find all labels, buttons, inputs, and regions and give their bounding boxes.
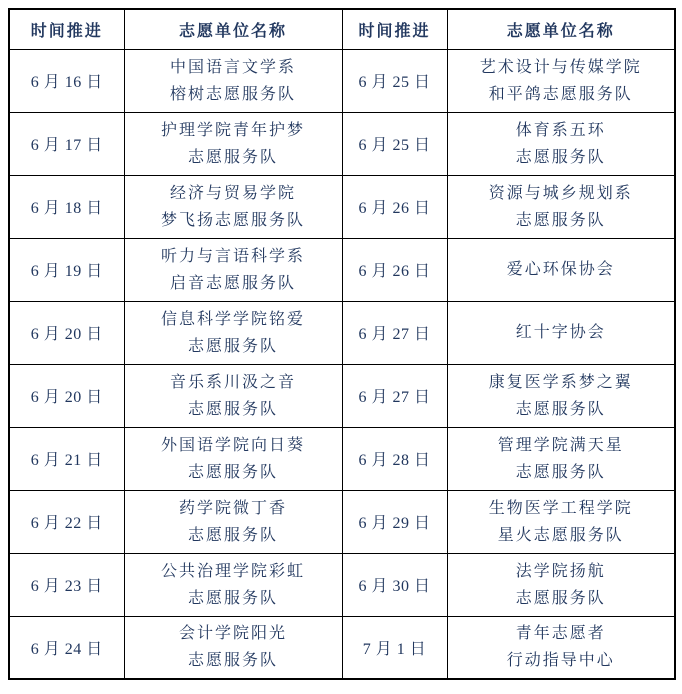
unit-name-cell: 公共治理学院彩虹志愿服务队 — [124, 553, 342, 616]
unit-name-line: 志愿服务队 — [125, 396, 342, 423]
unit-name-cell: 听力与言语科学系启音志愿服务队 — [124, 238, 342, 301]
date-cell: 6 月 25 日 — [342, 49, 447, 112]
unit-name-line: 中国语言文学系 — [125, 54, 342, 81]
unit-name-line: 和平鸽志愿服务队 — [448, 81, 675, 108]
table-row: 6 月 20 日信息科学学院铭爱志愿服务队6 月 27 日红十字协会 — [9, 301, 675, 364]
date-cell: 6 月 20 日 — [9, 364, 124, 427]
date-cell: 6 月 30 日 — [342, 553, 447, 616]
table-body: 6 月 16 日中国语言文学系榕树志愿服务队6 月 25 日艺术设计与传媒学院和… — [9, 49, 675, 679]
unit-name-line: 药学院微丁香 — [125, 495, 342, 522]
unit-name-line: 志愿服务队 — [448, 207, 675, 234]
document-page: 时间推进 志愿单位名称 时间推进 志愿单位名称 6 月 16 日中国语言文学系榕… — [0, 0, 682, 694]
table-row: 6 月 16 日中国语言文学系榕树志愿服务队6 月 25 日艺术设计与传媒学院和… — [9, 49, 675, 112]
table-row: 6 月 19 日听力与言语科学系启音志愿服务队6 月 26 日爱心环保协会 — [9, 238, 675, 301]
unit-name-line: 音乐系川汲之音 — [125, 369, 342, 396]
unit-name-cell: 爱心环保协会 — [447, 238, 675, 301]
unit-name-cell: 体育系五环志愿服务队 — [447, 112, 675, 175]
unit-name-line: 志愿服务队 — [125, 459, 342, 486]
date-cell: 6 月 19 日 — [9, 238, 124, 301]
unit-name-line: 红十字协会 — [448, 319, 675, 346]
date-cell: 6 月 21 日 — [9, 427, 124, 490]
unit-name-line: 护理学院青年护梦 — [125, 117, 342, 144]
unit-name-line: 体育系五环 — [448, 117, 675, 144]
unit-name-line: 管理学院满天星 — [448, 432, 675, 459]
date-cell: 6 月 23 日 — [9, 553, 124, 616]
unit-name-cell: 中国语言文学系榕树志愿服务队 — [124, 49, 342, 112]
unit-name-line: 听力与言语科学系 — [125, 243, 342, 270]
unit-name-cell: 青年志愿者行动指导中心 — [447, 616, 675, 679]
table-row: 6 月 20 日音乐系川汲之音志愿服务队6 月 27 日康复医学系梦之翼志愿服务… — [9, 364, 675, 427]
unit-name-line: 志愿服务队 — [448, 396, 675, 423]
unit-name-cell: 音乐系川汲之音志愿服务队 — [124, 364, 342, 427]
date-cell: 6 月 25 日 — [342, 112, 447, 175]
unit-name-line: 外国语学院向日葵 — [125, 432, 342, 459]
unit-name-line: 信息科学学院铭爱 — [125, 306, 342, 333]
unit-name-line: 志愿服务队 — [448, 459, 675, 486]
unit-name-line: 志愿服务队 — [125, 333, 342, 360]
unit-name-line: 志愿服务队 — [125, 585, 342, 612]
unit-name-cell: 外国语学院向日葵志愿服务队 — [124, 427, 342, 490]
unit-name-cell: 法学院扬航志愿服务队 — [447, 553, 675, 616]
unit-name-line: 法学院扬航 — [448, 558, 675, 585]
unit-name-line: 康复医学系梦之翼 — [448, 369, 675, 396]
table-row: 6 月 18 日经济与贸易学院梦飞扬志愿服务队6 月 26 日资源与城乡规划系志… — [9, 175, 675, 238]
unit-name-line: 经济与贸易学院 — [125, 180, 342, 207]
header-unit-name-right: 志愿单位名称 — [447, 9, 675, 49]
header-unit-name-left: 志愿单位名称 — [124, 9, 342, 49]
date-cell: 6 月 24 日 — [9, 616, 124, 679]
unit-name-line: 启音志愿服务队 — [125, 270, 342, 297]
unit-name-line: 榕树志愿服务队 — [125, 81, 342, 108]
unit-name-cell: 艺术设计与传媒学院和平鸽志愿服务队 — [447, 49, 675, 112]
table-header: 时间推进 志愿单位名称 时间推进 志愿单位名称 — [9, 9, 675, 49]
table-row: 6 月 22 日药学院微丁香志愿服务队6 月 29 日生物医学工程学院星火志愿服… — [9, 490, 675, 553]
date-cell: 6 月 28 日 — [342, 427, 447, 490]
unit-name-line: 会计学院阳光 — [125, 620, 342, 647]
date-cell: 6 月 16 日 — [9, 49, 124, 112]
date-cell: 6 月 22 日 — [9, 490, 124, 553]
table-row: 6 月 23 日公共治理学院彩虹志愿服务队6 月 30 日法学院扬航志愿服务队 — [9, 553, 675, 616]
date-cell: 6 月 27 日 — [342, 364, 447, 427]
volunteer-schedule-table: 时间推进 志愿单位名称 时间推进 志愿单位名称 6 月 16 日中国语言文学系榕… — [8, 8, 676, 680]
unit-name-cell: 管理学院满天星志愿服务队 — [447, 427, 675, 490]
unit-name-cell: 会计学院阳光志愿服务队 — [124, 616, 342, 679]
unit-name-line: 资源与城乡规划系 — [448, 180, 675, 207]
unit-name-line: 爱心环保协会 — [448, 256, 675, 283]
unit-name-cell: 经济与贸易学院梦飞扬志愿服务队 — [124, 175, 342, 238]
unit-name-cell: 康复医学系梦之翼志愿服务队 — [447, 364, 675, 427]
date-cell: 6 月 20 日 — [9, 301, 124, 364]
date-cell: 6 月 17 日 — [9, 112, 124, 175]
unit-name-line: 星火志愿服务队 — [448, 522, 675, 549]
unit-name-cell: 护理学院青年护梦志愿服务队 — [124, 112, 342, 175]
header-row: 时间推进 志愿单位名称 时间推进 志愿单位名称 — [9, 9, 675, 49]
unit-name-line: 生物医学工程学院 — [448, 495, 675, 522]
unit-name-line: 志愿服务队 — [125, 647, 342, 674]
unit-name-line: 行动指导中心 — [448, 647, 675, 674]
date-cell: 6 月 18 日 — [9, 175, 124, 238]
table-row: 6 月 17 日护理学院青年护梦志愿服务队6 月 25 日体育系五环志愿服务队 — [9, 112, 675, 175]
unit-name-line: 艺术设计与传媒学院 — [448, 54, 675, 81]
unit-name-cell: 资源与城乡规划系志愿服务队 — [447, 175, 675, 238]
unit-name-line: 志愿服务队 — [448, 585, 675, 612]
unit-name-line: 公共治理学院彩虹 — [125, 558, 342, 585]
unit-name-cell: 药学院微丁香志愿服务队 — [124, 490, 342, 553]
unit-name-cell: 信息科学学院铭爱志愿服务队 — [124, 301, 342, 364]
date-cell: 6 月 26 日 — [342, 175, 447, 238]
unit-name-line: 青年志愿者 — [448, 620, 675, 647]
table-row: 6 月 21 日外国语学院向日葵志愿服务队6 月 28 日管理学院满天星志愿服务… — [9, 427, 675, 490]
table-row: 6 月 24 日会计学院阳光志愿服务队7 月 1 日青年志愿者行动指导中心 — [9, 616, 675, 679]
unit-name-line: 志愿服务队 — [125, 144, 342, 171]
unit-name-line: 志愿服务队 — [448, 144, 675, 171]
date-cell: 6 月 29 日 — [342, 490, 447, 553]
date-cell: 6 月 27 日 — [342, 301, 447, 364]
unit-name-line: 志愿服务队 — [125, 522, 342, 549]
unit-name-cell: 生物医学工程学院星火志愿服务队 — [447, 490, 675, 553]
date-cell: 7 月 1 日 — [342, 616, 447, 679]
date-cell: 6 月 26 日 — [342, 238, 447, 301]
unit-name-cell: 红十字协会 — [447, 301, 675, 364]
header-time-progress-right: 时间推进 — [342, 9, 447, 49]
unit-name-line: 梦飞扬志愿服务队 — [125, 207, 342, 234]
header-time-progress-left: 时间推进 — [9, 9, 124, 49]
